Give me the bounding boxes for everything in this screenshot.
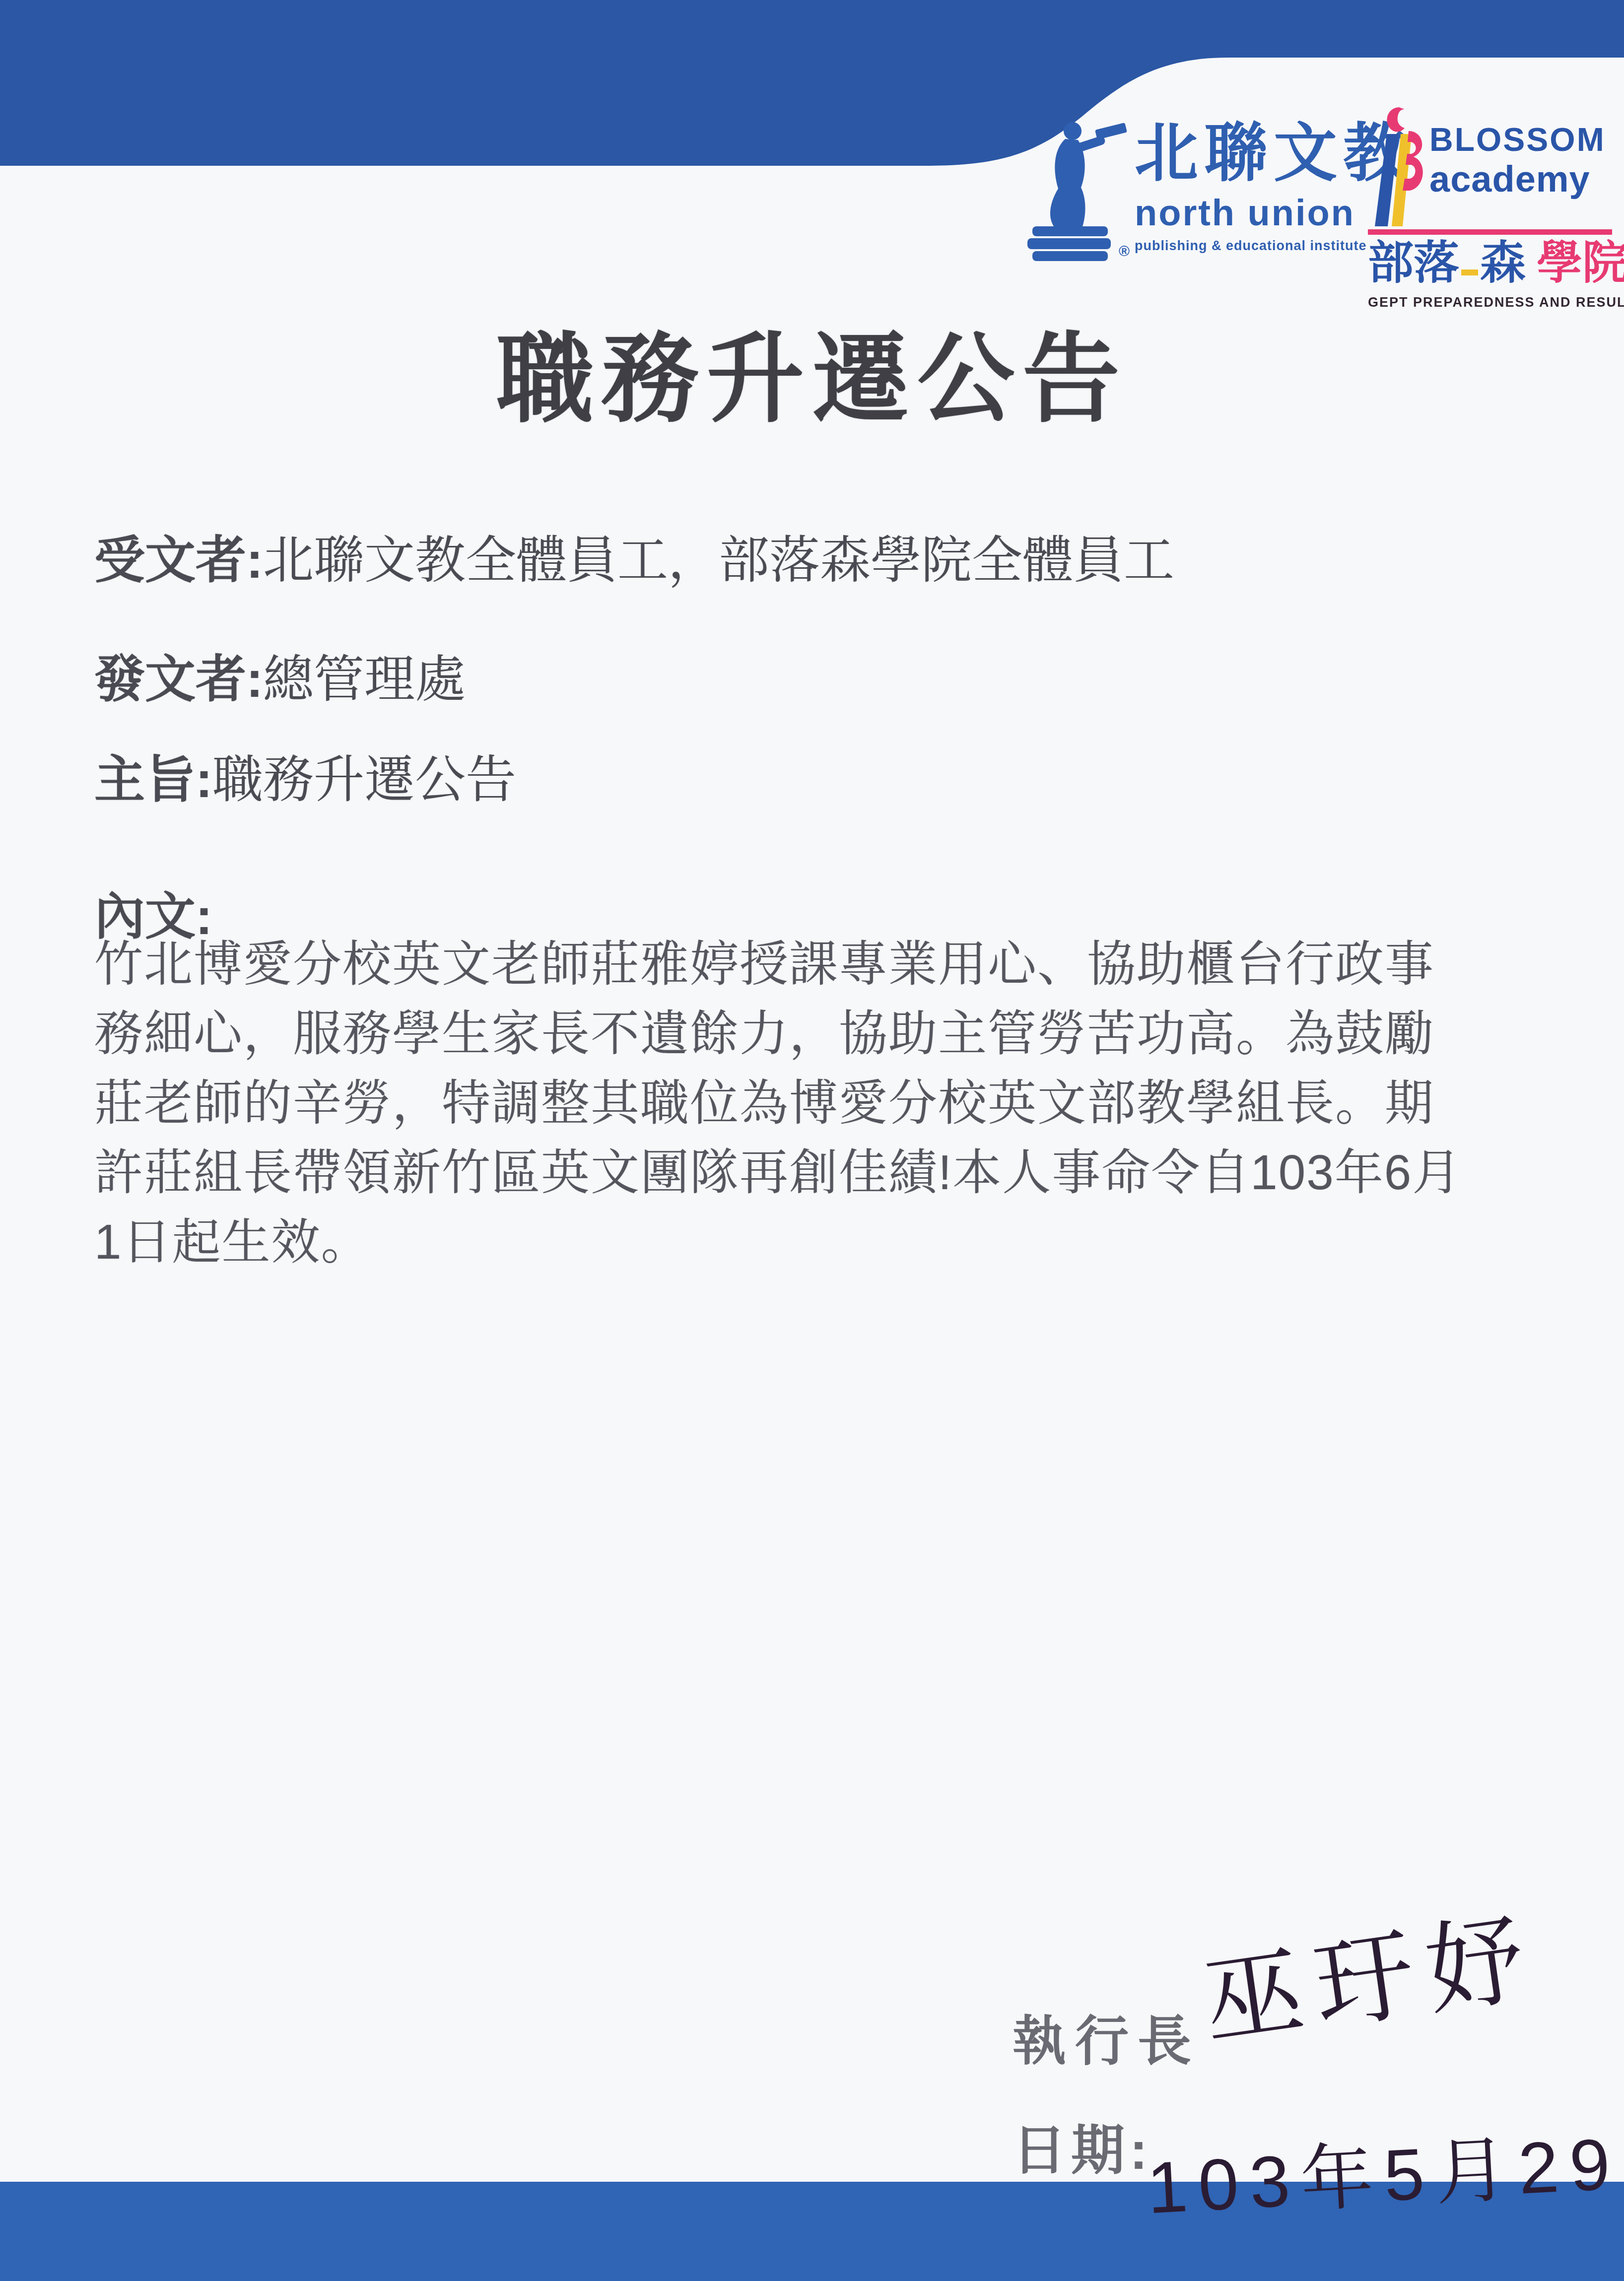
blossom-cjk-part1: 部落: [1368, 238, 1459, 288]
blossom-academy-logo: BLOSSOM academy 部落森學院 GEPT PREPAREDNESS …: [1368, 105, 1614, 264]
blossom-logo-text: BLOSSOM academy: [1429, 123, 1613, 198]
recipient-value: 北聯文教全體員工，部落森學院全體員工: [263, 532, 1174, 589]
yellow-underscore-icon: [1461, 269, 1478, 275]
blossom-en-top: BLOSSOM: [1429, 123, 1613, 156]
page-title: 職務升遷公告: [0, 301, 1624, 441]
north-union-cjk-name: 北聯文教: [1135, 122, 1348, 186]
subject-label: 主旨:: [94, 751, 212, 808]
recipient-line: 受文者:北聯文教全體員工，部落森學院全體員工: [94, 520, 1174, 593]
north-union-tagline: publishing & educational institute: [1135, 238, 1348, 254]
subject-value: 職務升遷公告: [212, 751, 516, 808]
blossom-cjk-part2: 森: [1480, 238, 1526, 288]
blossom-cjk-part3: 學院: [1537, 238, 1624, 288]
north-union-logo-text: 北聯文教 north union publishing & educationa…: [1135, 122, 1348, 254]
recipient-label: 受文者:: [94, 532, 263, 589]
registered-trademark-icon: ®: [1119, 243, 1130, 260]
scanned-promotion-announcement: ® 北聯文教 north union publishing & educatio…: [0, 0, 1624, 2281]
blossom-pink-rule: [1368, 229, 1612, 235]
body-line: 1日起生效。: [94, 1207, 1554, 1276]
ceo-label: 執行長: [1013, 1998, 1200, 2075]
body-line: 竹北博愛分校英文老師莊雅婷授課專業用心、協助櫃台行政事: [94, 929, 1554, 999]
body-line: 務細心，服務學生家長不遺餘力，協助主管勞苦功高。為鼓勵: [94, 999, 1554, 1068]
north-union-en-name: north union: [1135, 195, 1348, 231]
date-label: 日期:: [1013, 2107, 1152, 2184]
north-union-logo: ® 北聯文教 north union publishing & educatio…: [1021, 113, 1349, 267]
telescope-person-on-books-icon: [1021, 113, 1128, 262]
blossom-cjk-name: 部落森學院: [1368, 240, 1614, 286]
sender-value: 總管理處: [263, 651, 466, 708]
blossom-en-bottom: academy: [1429, 161, 1613, 198]
ceo-handwritten-signature: 巫玗妤: [1193, 1878, 1546, 2066]
sender-label: 發文者:: [94, 651, 263, 708]
body-line: 莊老師的辛勞，特調整其職位為博愛分校英文部教學組長。期: [94, 1068, 1554, 1138]
announcement-body: 竹北博愛分校英文老師莊雅婷授課專業用心、協助櫃台行政事 務細心，服務學生家長不遺…: [94, 929, 1554, 1276]
blossom-b-icon: [1368, 105, 1426, 228]
body-line: 許莊組長帶領新竹區英文團隊再創佳績!本人事命令自103年6月: [94, 1138, 1554, 1207]
subject-line: 主旨:職務升遷公告: [94, 739, 516, 812]
sender-line: 發文者:總管理處: [94, 639, 466, 712]
